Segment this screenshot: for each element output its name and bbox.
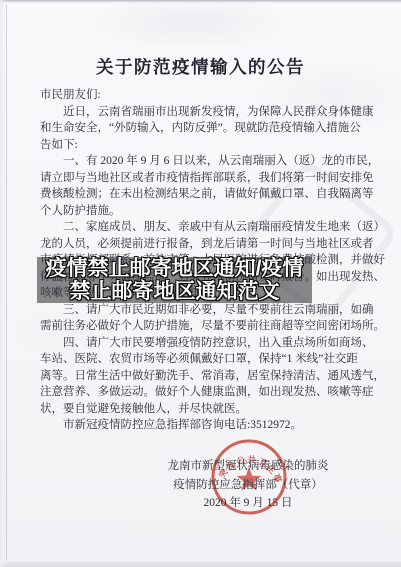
body-line: 一、有 2020 年 9 月 6 日以来，从云南瑞丽入（返）龙的市民， [40,153,370,170]
signature-org-line1: 龙南市新型冠状病毒感染的肺炎 [150,457,346,476]
signature-org-line2: 疫情防控应急指挥部（代章） [150,476,346,495]
body-line: 近日，云南省瑞丽市出现新发疫情，为保障人民群众身体健康 [40,104,370,121]
body-line: 市新冠疫情防控应急指挥部咨询电话:3512972。 [40,417,370,434]
body-line: 四、请广大市民要增强疫情防控意识，出入重点场所如商场、 [40,335,370,352]
scanned-paper: 关于防范疫情输入的公告 市民朋友们: 近日，云南省瑞丽市出现新发疫情，为保障人民… [0,0,401,567]
photo-edge-top [0,0,401,3]
caption-overlay-band: 疫情禁止邮寄地区通知/疫情 禁止邮寄地区通知范文 [37,257,312,303]
paper-edge-line [6,5,7,560]
body-line: 龙的人员，必须提前进行报备，到龙后请第一时间与当地社区或者 [40,236,370,253]
body-line: 车站、医院、农贸市场等必须佩戴好口罩，保持“1 米线”社交距 [40,351,370,368]
body-line: 注意营养、多做运动。做好个人健康监测，如出现发热、咳嗽等症 [40,384,370,401]
body-line: 需前往务必做好个人防护措施，尽量不要前往商超等空间密闭场所。 [40,318,370,335]
body-line: 状，要自觉避免接触他人，并尽快就医。 [40,401,370,418]
caption-line-1: 疫情禁止邮寄地区通知/疫情 [46,257,304,281]
body-line: 市民朋友们: [40,87,370,104]
body-line: 费核酸检测；在未出检测结果之前，请做好佩戴口罩、自我隔离等 [40,186,370,203]
photo-edge-bottom [0,561,401,567]
body-line: 个人防护措施。 [40,203,370,220]
document-title: 关于防范疫情输入的公告 [0,54,401,79]
body-line: 三、请广大市民近期如非必要，尽量不要前往云南瑞丽，如确 [40,302,370,319]
body-line: 二、家庭成员、朋友、亲戚中有从云南瑞丽疫情发生地来（返） [40,219,370,236]
caption-line-2: 禁止邮寄地区通知范文 [70,280,280,304]
body-line: 离等。日常生活中做好勤洗手、常消毒，居室保持清洁、通风透气， [40,368,370,385]
body-line: 请立即与当地社区或者市疫情指挥部联系，我们将第一时间安排免 [40,170,370,187]
body-line: 和生命安全，“外防输入，内防反弹”。现就防范疫情输入措施公 [40,120,370,137]
body-line: 告如下: [40,137,370,154]
signature-block: 龙南市新型冠状病毒感染的肺炎 疫情防控应急指挥部（代章） 2020 年 9 月 … [150,457,346,513]
signature-date: 2020 年 9 月 15 日 [150,494,346,513]
